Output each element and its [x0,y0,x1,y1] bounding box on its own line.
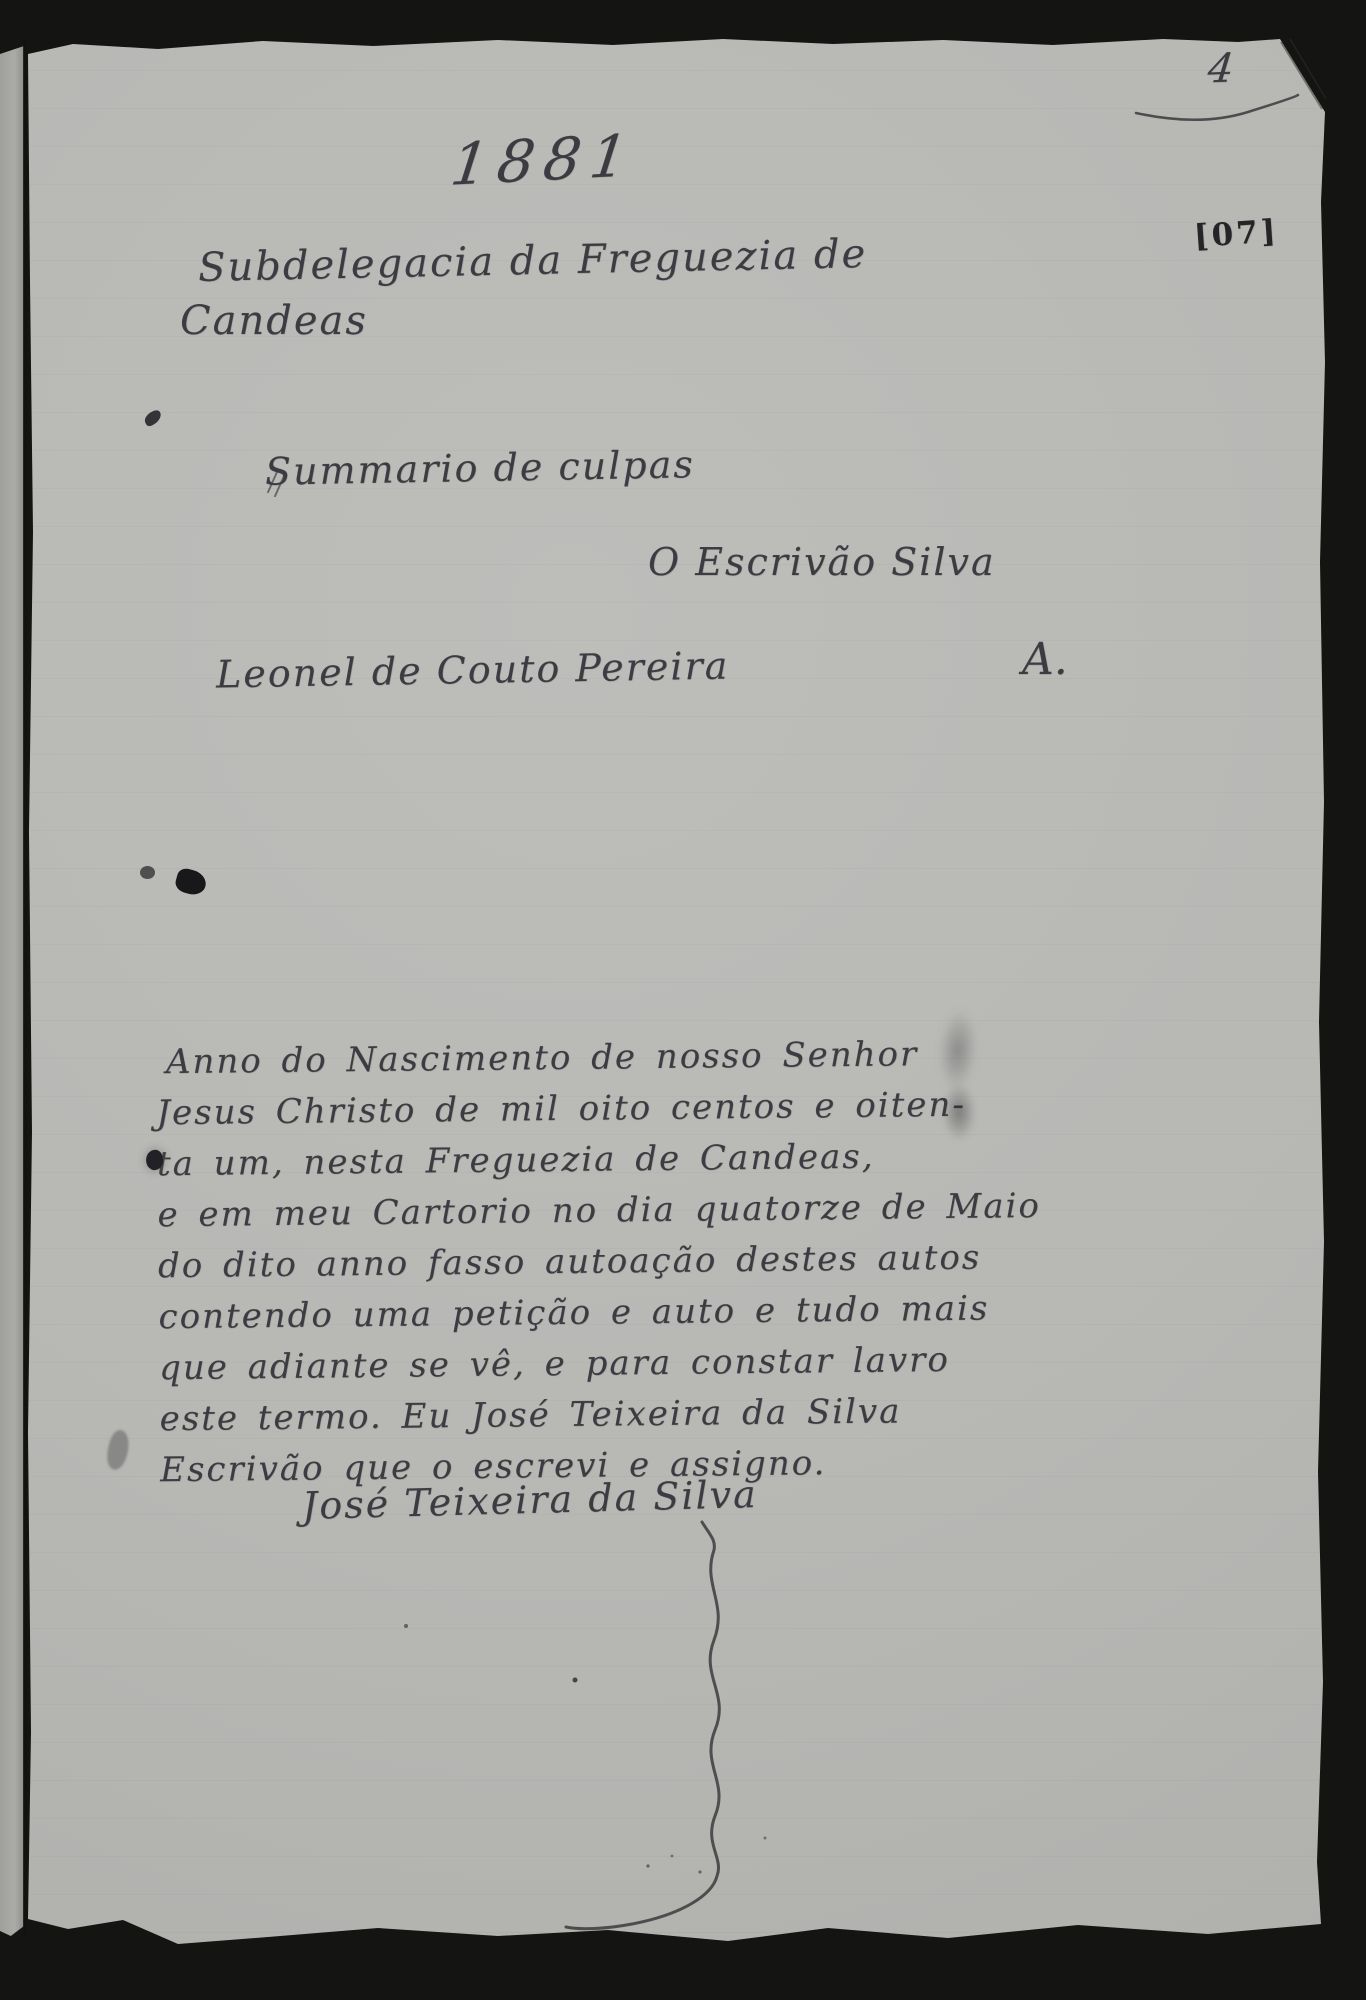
body-paragraph: Anno do Nascimento de nosso Senhor Jesus… [156,1027,1161,1496]
year-heading: 1881 [447,121,640,199]
clerk-line: O Escrivão Silva [648,540,996,584]
case-type-line: Summario de culpas [265,442,695,493]
party-name-line: Leonel de Couto Pereira [216,644,730,697]
ink-blot [140,866,155,879]
scanned-manuscript: 4 [07] 1881 Subdelegacia da Freguezia de… [0,0,1366,2000]
heading-line-2: Candeas [180,298,368,344]
paragraph-mark [272,468,286,498]
archival-stamp: [07] [1193,213,1280,255]
adjacent-page-edge [0,46,24,1936]
ink-smudge [938,1076,980,1148]
folio-number: 4 [1206,46,1236,93]
gutter-shadow [23,40,27,1938]
party-initial: A. [1022,634,1068,685]
